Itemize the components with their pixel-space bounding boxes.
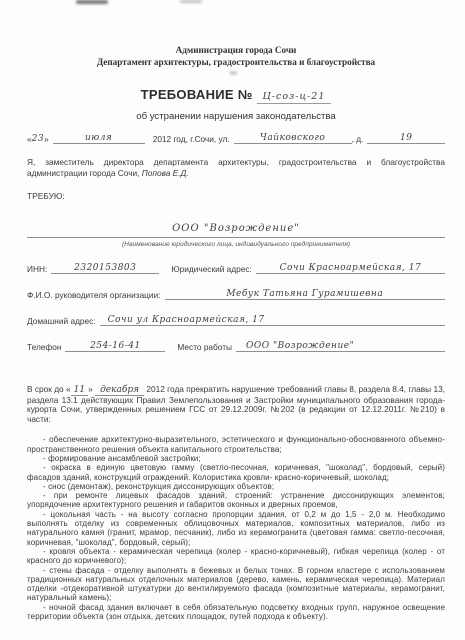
day-handwritten: 23	[32, 134, 44, 144]
date-printed-text: 2012 год, г.Сочи, ул.	[153, 134, 230, 144]
organization-name-line: ООО "Возрождение"	[27, 218, 445, 238]
phone-value-handwritten: 254-16-41	[65, 341, 165, 352]
quote-close: »	[44, 134, 49, 144]
inn-line: ИНН: 2320153803 Юридический адрес: Сочи …	[27, 263, 445, 274]
inn-value-handwritten: 2320153803	[51, 263, 159, 274]
head-name-line: Ф.И.О. руководителя организации: Мебук Т…	[27, 289, 445, 300]
requirement-item: - при ремонте лицевых фасадов зданий, ст…	[27, 491, 445, 510]
requirement-item: - обеспечение архитектурно-выразительног…	[27, 435, 445, 454]
document-title: ТРЕБОВАНИЕ № Ц-соз-ц-21	[27, 87, 445, 102]
intro-text: Я, заместитель директора департамента ар…	[27, 157, 445, 178]
inn-label: ИНН:	[27, 264, 47, 274]
requirement-item: - окраска в единую цветовую гамму (светл…	[27, 463, 445, 482]
home-address-label: Домашний адрес:	[27, 316, 96, 326]
requirement-item: - ночной фасад здания включает в себя об…	[27, 603, 445, 622]
document-subtitle: об устранении нарушения законодательства	[27, 111, 445, 122]
document-content: Администрация города Сочи Департамент ар…	[0, 0, 465, 621]
official-name: Попова Е.Д.	[142, 168, 189, 178]
quote-close: »	[88, 384, 93, 394]
requirement-item: - кровля объекта - керамическая черепица…	[27, 547, 445, 566]
org-department-line: Департамент архитектуры, градостроительс…	[27, 56, 445, 68]
quote-open: «	[66, 384, 71, 394]
demand-label: ТРЕБУЮ:	[27, 191, 445, 201]
requirement-item: - формирование ансамблевой застройки;	[27, 454, 445, 463]
title-label: ТРЕБОВАНИЕ №	[141, 87, 253, 102]
house-number-handwritten: 19	[367, 133, 445, 144]
legal-address-handwritten: Сочи Красноармейская, 17	[256, 263, 445, 274]
house-label: , д.	[352, 134, 364, 144]
requirements-list: - обеспечение архитектурно-выразительног…	[27, 435, 445, 621]
head-label: Ф.И.О. руководителя организации:	[27, 290, 161, 300]
month-handwritten: июля	[53, 133, 145, 144]
intro-paragraph: Я, заместитель директора департамента ар…	[27, 157, 445, 178]
phone-label: Телефон	[27, 342, 61, 352]
deadline-paragraph: В срок до «11» декабря 2012 года прекрат…	[27, 385, 445, 424]
date-place-line: « 23 » июля 2012 год, г.Сочи, ул. Чайков…	[27, 133, 445, 144]
document-number-handwritten: Ц-соз-ц-21	[257, 91, 332, 104]
requirement-item: - стены фасада - отделку выполнять в беж…	[27, 566, 445, 603]
requirement-item: - цокольная часть - на высоту согласно п…	[27, 510, 445, 547]
home-address-line: Домашний адрес: Сочи ул Красноармейская,…	[27, 315, 445, 326]
organization-caption: (Наименование юридического лица, индивид…	[27, 241, 445, 248]
document-page: Администрация города Сочи Департамент ар…	[0, 0, 465, 640]
home-address-handwritten: Сочи ул Красноармейская, 17	[100, 315, 445, 326]
organization-name-handwritten: ООО "Возрождение"	[172, 223, 300, 234]
deadline-prefix: В срок до	[27, 384, 64, 394]
phone-workplace-line: Телефон 254-16-41 Место работы ООО "Возр…	[27, 341, 445, 352]
legal-address-label: Юридический адрес:	[171, 264, 252, 274]
workplace-label: Место работы	[177, 342, 232, 352]
head-name-handwritten: Мебук Татьяна Гурамишевна	[165, 289, 445, 300]
street-handwritten: Чайковского	[234, 133, 352, 144]
org-name-line: Администрация города Сочи	[27, 44, 445, 56]
workplace-handwritten: ООО "Возрождение"	[236, 341, 445, 352]
requirement-item: - снос (демонтаж), реконструкция диссони…	[27, 482, 445, 491]
